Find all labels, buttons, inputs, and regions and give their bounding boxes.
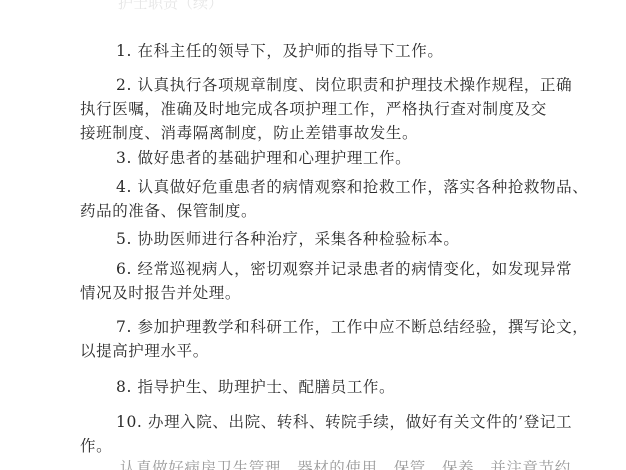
cut-off-line: 认真做好病房卫生管理、器材的使用、保管、保养，并注意节约 <box>120 458 571 470</box>
item-2-line-2: 执行医嘱，准确及时地完成各项护理工作，严格执行查对制度及交 <box>80 99 550 119</box>
item-7-line-1: 7. 参加护理教学和科研工作，工作中应不断总结经验，撰写论文， <box>116 317 586 337</box>
item-10-line-1: 10. 办理入院、出院、转科、转院手续，做好有关文件的’登记工 <box>116 412 586 432</box>
item-1-line-1: 1. 在科主任的领导下，及护师的指导下工作。 <box>116 41 586 61</box>
item-6-line-1: 6. 经常巡视病人，密切观察并记录患者的病情变化，如发现异常 <box>116 259 586 279</box>
item-2-line-3: 接班制度、消毒隔离制度，防止差错事故发生。 <box>80 123 550 143</box>
item-4-line-2: 药品的准备、保管制度。 <box>80 201 550 221</box>
item-8-line-1: 8. 指导护生、助理护士、配膳员工作。 <box>116 377 586 397</box>
item-3-line-1: 3. 做好患者的基础护理和心理护理工作。 <box>116 148 586 168</box>
document-page: 护士职责（续） 1. 在科主任的领导下，及护师的指导下工作。 2. 认真执行各项… <box>0 0 626 470</box>
item-4-line-1: 4. 认真做好危重患者的病情观察和抢救工作，落实各种抢救物品、 <box>116 177 586 197</box>
item-10-line-2: 作。 <box>80 436 550 456</box>
header-fragment: 护士职责（续） <box>118 0 223 13</box>
item-6-line-2: 情况及时报告并处理。 <box>80 283 550 303</box>
item-2-line-1: 2. 认真执行各项规章制度、岗位职责和护理技术操作规程，正确 <box>116 75 586 95</box>
item-5-line-1: 5. 协助医师进行各种治疗，采集各种检验标本。 <box>116 229 586 249</box>
item-7-line-2: 以提高护理水平。 <box>80 341 550 361</box>
